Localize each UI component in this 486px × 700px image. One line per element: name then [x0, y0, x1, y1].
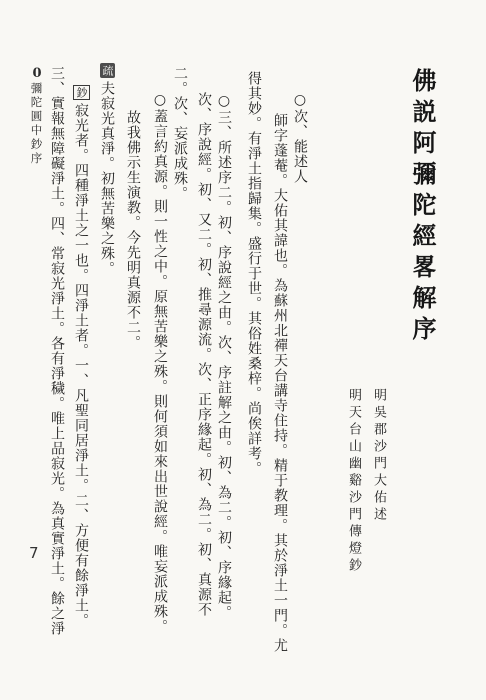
page-number: 7 — [29, 544, 39, 562]
shu-commentary-marker: 疏 — [100, 63, 115, 78]
margin-book-title: 彌陀圓中鈔序 — [30, 82, 44, 166]
body-column-1: ○次、能述人 — [293, 92, 307, 184]
attribution-author: 明吳郡沙門大佑述 — [372, 388, 385, 524]
column-text: 夫寂光真淨。初無苦樂之殊。 — [99, 81, 115, 276]
body-column-8: 故我佛示生演教。今先明真源不二。 — [126, 110, 140, 350]
page-title: 佛説阿彌陀經畧解序 — [410, 68, 434, 347]
body-column-4: ○三、所述序二。初、序說經之由。次、序註解之由。初、為二。初、序緣起。 — [217, 93, 231, 620]
volume-mark: 0 — [30, 66, 45, 82]
body-column-6: 二。次、妄派成殊。 — [173, 66, 187, 201]
body-column-9-shu: 疏夫寂光真淨。初無苦樂之殊。 — [100, 63, 114, 276]
body-column-2: 師字蓬菴。大佑其諱也。為蘇州北禪天台講寺住持。精于教理。其於淨土一門。尤 — [273, 113, 287, 653]
scanned-book-page: 佛説阿彌陀經畧解序 明吳郡沙門大佑述 明天台山幽谿沙門傳燈鈔 ○次、能述人 師字… — [0, 0, 486, 700]
body-column-7: ○蓋言約真源。則一性之中。原無苦樂之殊。則何須如來出世說經。唯妄派成殊。 — [153, 92, 167, 634]
chao-commentary-marker: 鈔 — [73, 85, 90, 100]
body-column-10-chao: 鈔寂光者。四種淨土之一也。四淨土者。一、凡聖同居淨土。二、方便有餘淨土。 — [74, 85, 88, 628]
body-column-3: 得其妙。有淨土指歸集。盛行于世。其俗姓桑梓。尚俟詳考。 — [247, 71, 261, 476]
column-text: 寂光者。四種淨土之一也。四淨土者。一、凡聖同居淨土。二、方便有餘淨土。 — [73, 103, 89, 628]
body-column-5: 次、序說經。初、又二。初、推尋源流。次、正序緣起。初、為二。初、真源不 — [197, 92, 211, 617]
body-column-11: 三、實報無障礙淨土。四、常寂光淨土。各有淨穢。唯上品寂光。為真實淨土。餘之淨 — [50, 66, 64, 636]
attribution-annotator: 明天台山幽谿沙門傳燈鈔 — [347, 388, 360, 575]
margin-running-title: 0彌陀圓中鈔序 — [30, 66, 44, 166]
